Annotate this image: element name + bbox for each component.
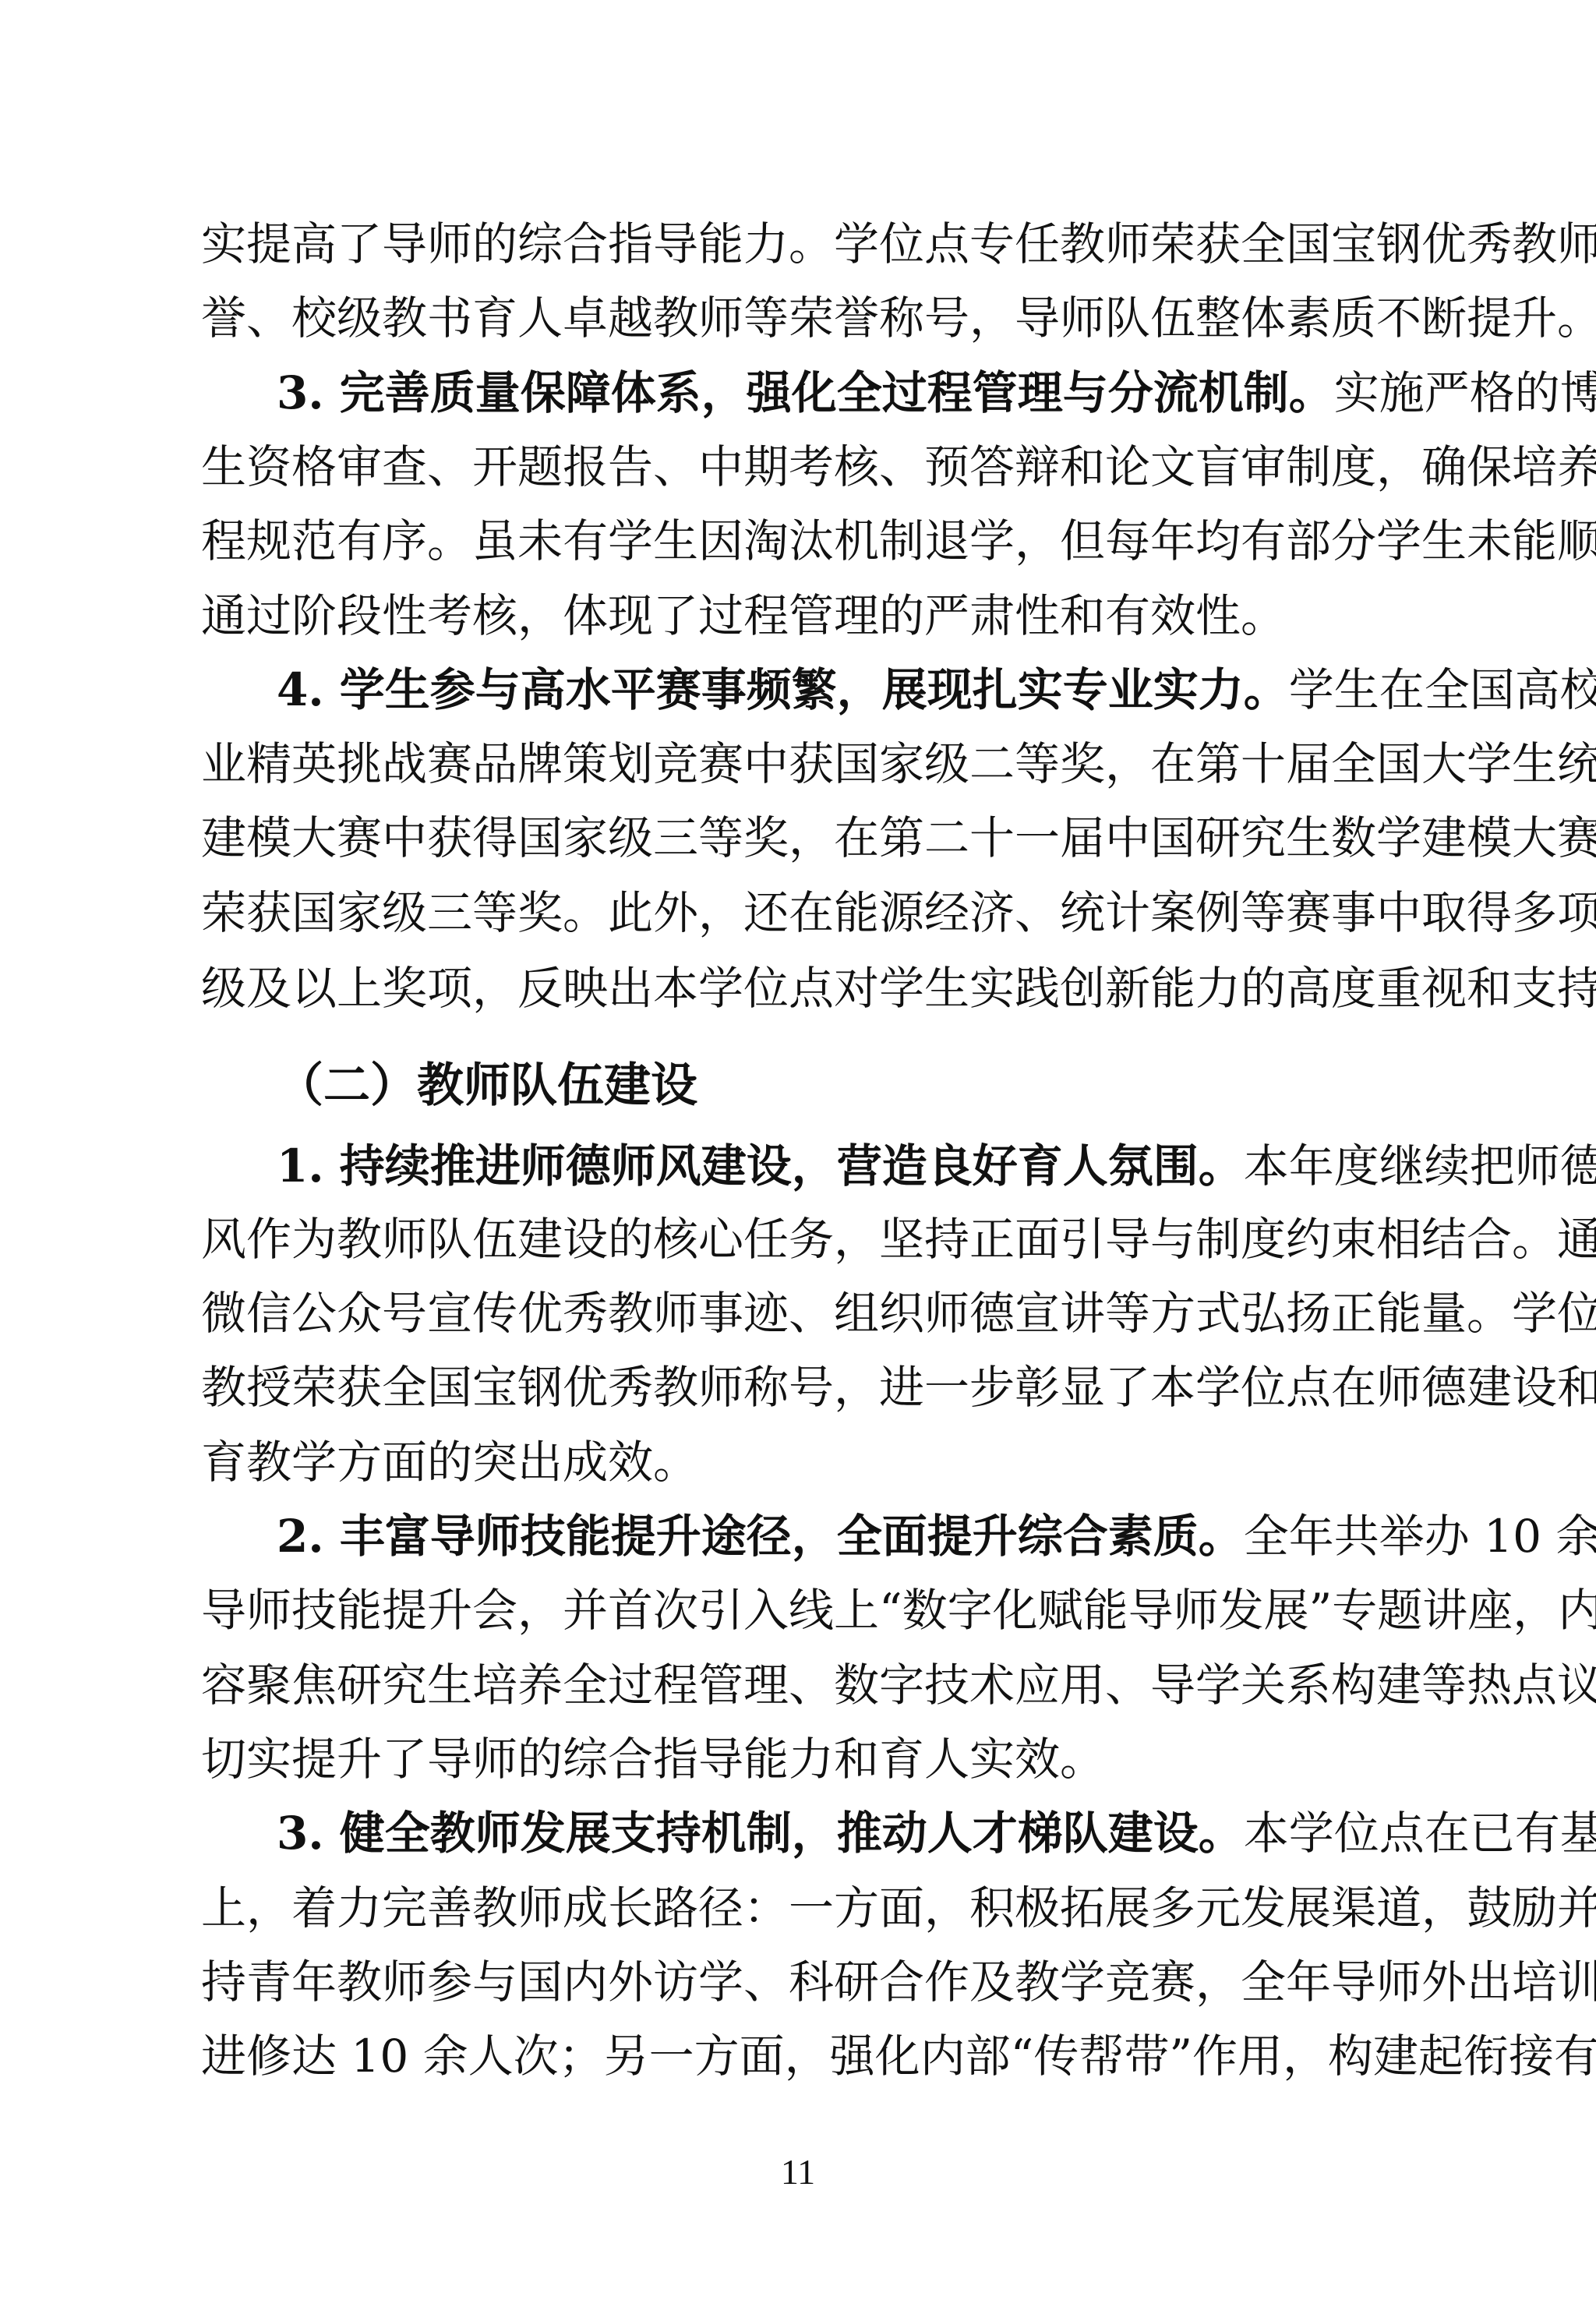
paragraph-line: 程规范有序。虽未有学生因淘汰机制退学，但每年均有部分学生未能顺利	[201, 503, 1398, 578]
document-page: 实提高了导师的综合指导能力。学位点专任教师荣获全国宝钢优秀教师荣 誉、校级教书育…	[0, 0, 1596, 2300]
paragraph-line: 实提高了导师的综合指导能力。学位点专任教师荣获全国宝钢优秀教师荣	[201, 207, 1398, 281]
paragraph-line: 1. 持续推进师德师风建设，营造良好育人氛围。本年度继续把师德师	[277, 1129, 1398, 1203]
paragraph-line: 教授荣获全国宝钢优秀教师称号，进一步彰显了本学位点在师德建设和教	[201, 1350, 1398, 1425]
paragraph-text: 实施严格的博士	[1334, 366, 1596, 419]
paragraph-text: 本年度继续把师德师	[1244, 1139, 1596, 1192]
paragraph-line: 微信公众号宣传优秀教师事迹、组织师德宣讲等方式弘扬正能量。学位点	[201, 1276, 1398, 1351]
paragraph-line: 誉、校级教书育人卓越教师等荣誉称号，导师队伍整体素质不断提升。	[201, 281, 1398, 355]
paragraph-line: 荣获国家级三等奖。此外，还在能源经济、统计案例等赛事中取得多项省	[201, 875, 1398, 950]
paragraph-text: 学生在全国高校商	[1289, 663, 1596, 716]
paragraph-lead-bold: 2. 丰富导师技能提升途径，全面提升综合素质。	[277, 1510, 1244, 1563]
paragraph-line: 进修达 10 余人次；另一方面，强化内部“传帮带”作用，构建起衔接有	[201, 2019, 1398, 2093]
paragraph-line: 4. 学生参与高水平赛事频繁，展现扎实专业实力。学生在全国高校商	[277, 652, 1398, 727]
paragraph-line: 2. 丰富导师技能提升途径，全面提升综合素质。全年共举办 10 余场	[277, 1499, 1398, 1574]
paragraph-line: 容聚焦研究生培养全过程管理、数字技术应用、导学关系构建等热点议题，	[201, 1648, 1398, 1722]
paragraph-line: 业精英挑战赛品牌策划竞赛中获国家级二等奖，在第十届全国大学生统计	[201, 726, 1398, 801]
section-heading: （二）教师队伍建设	[277, 1043, 697, 1129]
paragraph-lead-bold: 3. 完善质量保障体系，强化全过程管理与分流机制。	[277, 366, 1334, 419]
paragraph-lead-bold: 4. 学生参与高水平赛事频繁，展现扎实专业实力。	[277, 663, 1289, 716]
paragraph-line: 风作为教师队伍建设的核心任务，坚持正面引导与制度约束相结合。通过	[201, 1202, 1398, 1277]
paragraph-lead-bold: 3. 健全教师发展支持机制，推动人才梯队建设。	[277, 1807, 1244, 1860]
paragraph-lead-bold: 1. 持续推进师德师风建设，营造良好育人氛围。	[277, 1139, 1244, 1192]
paragraph-line: 育教学方面的突出成效。	[201, 1425, 1398, 1500]
paragraph-text: 全年共举办 10 余场	[1244, 1510, 1596, 1563]
paragraph-text: 本学位点在已有基础	[1244, 1807, 1596, 1860]
paragraph-line: 上，着力完善教师成长路径：一方面，积极拓展多元发展渠道，鼓励并支	[201, 1871, 1398, 1945]
paragraph-line: 3. 完善质量保障体系，强化全过程管理与分流机制。实施严格的博士	[277, 355, 1398, 430]
paragraph-line: 通过阶段性考核，体现了过程管理的严肃性和有效性。	[201, 578, 1398, 653]
paragraph-line: 级及以上奖项，反映出本学位点对学生实践创新能力的高度重视和支持。	[201, 951, 1398, 1026]
paragraph-line: 切实提升了导师的综合指导能力和育人实效。	[201, 1722, 1398, 1797]
page-number: 11	[0, 2151, 1596, 2192]
paragraph-line: 3. 健全教师发展支持机制，推动人才梯队建设。本学位点在已有基础	[277, 1796, 1398, 1871]
paragraph-line: 建模大赛中获得国家级三等奖，在第二十一届中国研究生数学建模大赛中	[201, 800, 1398, 875]
paragraph-line: 持青年教师参与国内外访学、科研合作及教学竞赛，全年导师外出培训与	[201, 1945, 1398, 2019]
paragraph-line: 导师技能提升会，并首次引入线上“数字化赋能导师发展”专题讲座，内	[201, 1573, 1398, 1648]
paragraph-line: 生资格审查、开题报告、中期考核、预答辩和论文盲审制度，确保培养过	[201, 429, 1398, 504]
